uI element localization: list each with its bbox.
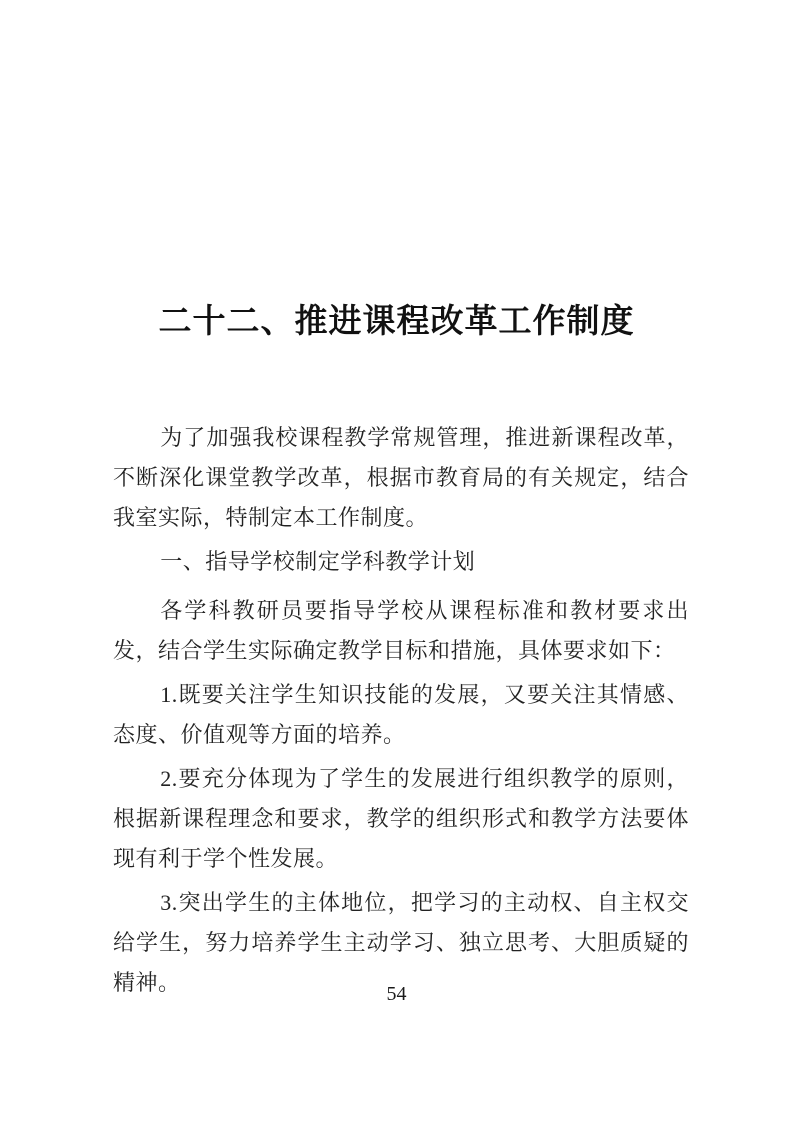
- paragraph-section-lead: 各学科教研员要指导学校从课程标准和教材要求出发，结合学生实际确定教学目标和措施，…: [113, 591, 689, 671]
- section-heading-1: 一、指导学校制定学科教学计划: [113, 542, 689, 582]
- paragraph-intro: 为了加强我校课程教学常规管理，推进新课程改革，不断深化课堂教学改革，根据市教育局…: [113, 418, 689, 538]
- page-number: 54: [0, 982, 793, 1006]
- document-page: 二十二、推进课程改革工作制度 为了加强我校课程教学常规管理，推进新课程改革，不断…: [0, 0, 793, 1122]
- numbered-item-1: 1.既要关注学生知识技能的发展，又要关注其情感、态度、价值观等方面的培养。: [113, 675, 689, 755]
- numbered-item-2: 2.要充分体现为了学生的发展进行组织教学的原则，根据新课程理念和要求，教学的组织…: [113, 759, 689, 879]
- document-title: 二十二、推进课程改革工作制度: [0, 299, 793, 343]
- document-body: 为了加强我校课程教学常规管理，推进新课程改革，不断深化课堂教学改革，根据市教育局…: [113, 418, 689, 1007]
